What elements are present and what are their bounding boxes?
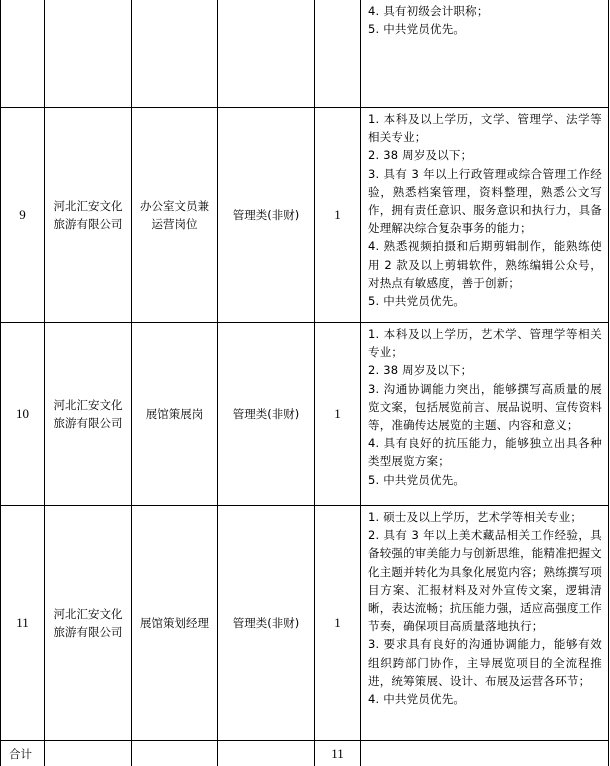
hiring-count: 1 xyxy=(315,506,361,741)
requirement-item: 4. 中共党员优先。 xyxy=(368,690,602,708)
position-category: 管理类(非财) xyxy=(218,506,315,741)
requirement-item: 1. 本科及以上学历，文学、管理学、法学等相关专业； xyxy=(368,110,602,146)
position-name: 展馆策划经理 xyxy=(132,506,218,741)
requirement-item: 1. 本科及以上学历，艺术学、管理学等相关专业； xyxy=(368,325,602,361)
table-row: 4. 具有初级会计职称； 5. 中共党员优先。 xyxy=(1,0,609,108)
requirement-item: 2. 38 周岁及以下； xyxy=(368,146,602,164)
requirements-cell: 1. 硕士及以上学历，艺术学等相关专业； 2. 具有 3 年以上美术藏品相关工作… xyxy=(361,506,609,741)
position-name xyxy=(132,0,218,108)
requirement-item: 2. 38 周岁及以下； xyxy=(368,361,602,379)
total-row: 合计 11 xyxy=(1,741,609,766)
table-row: 9 河北汇安文化旅游有限公司 办公室文员兼运营岗位 管理类(非财) 1 1. 本… xyxy=(1,108,609,323)
requirement-item: 1. 硕士及以上学历，艺术学等相关专业； xyxy=(368,508,602,526)
requirement-item: 5. 中共党员优先。 xyxy=(368,471,602,489)
requirement-item: 3. 要求具有良好的沟通协调能力，能够有效组织跨部门协作，主导展览项目的全流程推… xyxy=(368,635,602,690)
row-index: 10 xyxy=(1,323,45,506)
position-category: 管理类(非财) xyxy=(218,323,315,506)
recruitment-table: 4. 具有初级会计职称； 5. 中共党员优先。 9 河北汇安文化旅游有限公司 办… xyxy=(0,0,609,766)
requirements-cell: 1. 本科及以上学历，文学、管理学、法学等相关专业； 2. 38 周岁及以下； … xyxy=(361,108,609,323)
total-empty-cell xyxy=(218,741,315,766)
requirements-cell: 1. 本科及以上学历，艺术学、管理学等相关专业； 2. 38 周岁及以下； 3.… xyxy=(361,323,609,506)
requirement-item: 4. 具有初级会计职称； xyxy=(368,2,602,20)
row-index: 11 xyxy=(1,506,45,741)
row-index xyxy=(1,0,45,108)
total-label: 合计 xyxy=(1,741,45,766)
total-empty-cell xyxy=(45,741,132,766)
requirement-item: 4. 具有良好的抗压能力，能够独立出具各种类型展览方案； xyxy=(368,434,602,470)
requirements-cell: 4. 具有初级会计职称； 5. 中共党员优先。 xyxy=(361,0,609,108)
position-name: 办公室文员兼运营岗位 xyxy=(132,108,218,323)
total-empty-cell xyxy=(132,741,218,766)
requirement-item: 4. 熟悉视频拍摄和后期剪辑制作，能熟练使用 2 款及以上剪辑软件，熟练编辑公众… xyxy=(368,237,602,292)
company-name: 河北汇安文化旅游有限公司 xyxy=(45,506,132,741)
requirement-item: 5. 中共党员优先。 xyxy=(368,292,602,310)
requirement-item: 5. 中共党员优先。 xyxy=(368,20,602,38)
position-category: 管理类(非财) xyxy=(218,108,315,323)
requirement-item: 2. 具有 3 年以上美术藏品相关工作经验，具备较强的审美能力与创新思维，能精准… xyxy=(368,526,602,635)
position-name: 展馆策展岗 xyxy=(132,323,218,506)
company-name: 河北汇安文化旅游有限公司 xyxy=(45,323,132,506)
requirement-item: 3. 具有 3 年以上行政管理或综合管理工作经验，熟悉档案管理，资料整理，熟悉公… xyxy=(368,165,602,238)
total-count: 11 xyxy=(315,741,361,766)
hiring-count: 1 xyxy=(315,323,361,506)
requirement-item: 3. 沟通协调能力突出，能够撰写高质量的展览文案，包括展览前言、展品说明、宣传资… xyxy=(368,380,602,435)
company-name xyxy=(45,0,132,108)
total-empty-cell xyxy=(361,741,609,766)
position-category xyxy=(218,0,315,108)
table-row: 11 河北汇安文化旅游有限公司 展馆策划经理 管理类(非财) 1 1. 硕士及以… xyxy=(1,506,609,741)
row-index: 9 xyxy=(1,108,45,323)
hiring-count: 1 xyxy=(315,108,361,323)
table-row: 10 河北汇安文化旅游有限公司 展馆策展岗 管理类(非财) 1 1. 本科及以上… xyxy=(1,323,609,506)
company-name: 河北汇安文化旅游有限公司 xyxy=(45,108,132,323)
hiring-count xyxy=(315,0,361,108)
